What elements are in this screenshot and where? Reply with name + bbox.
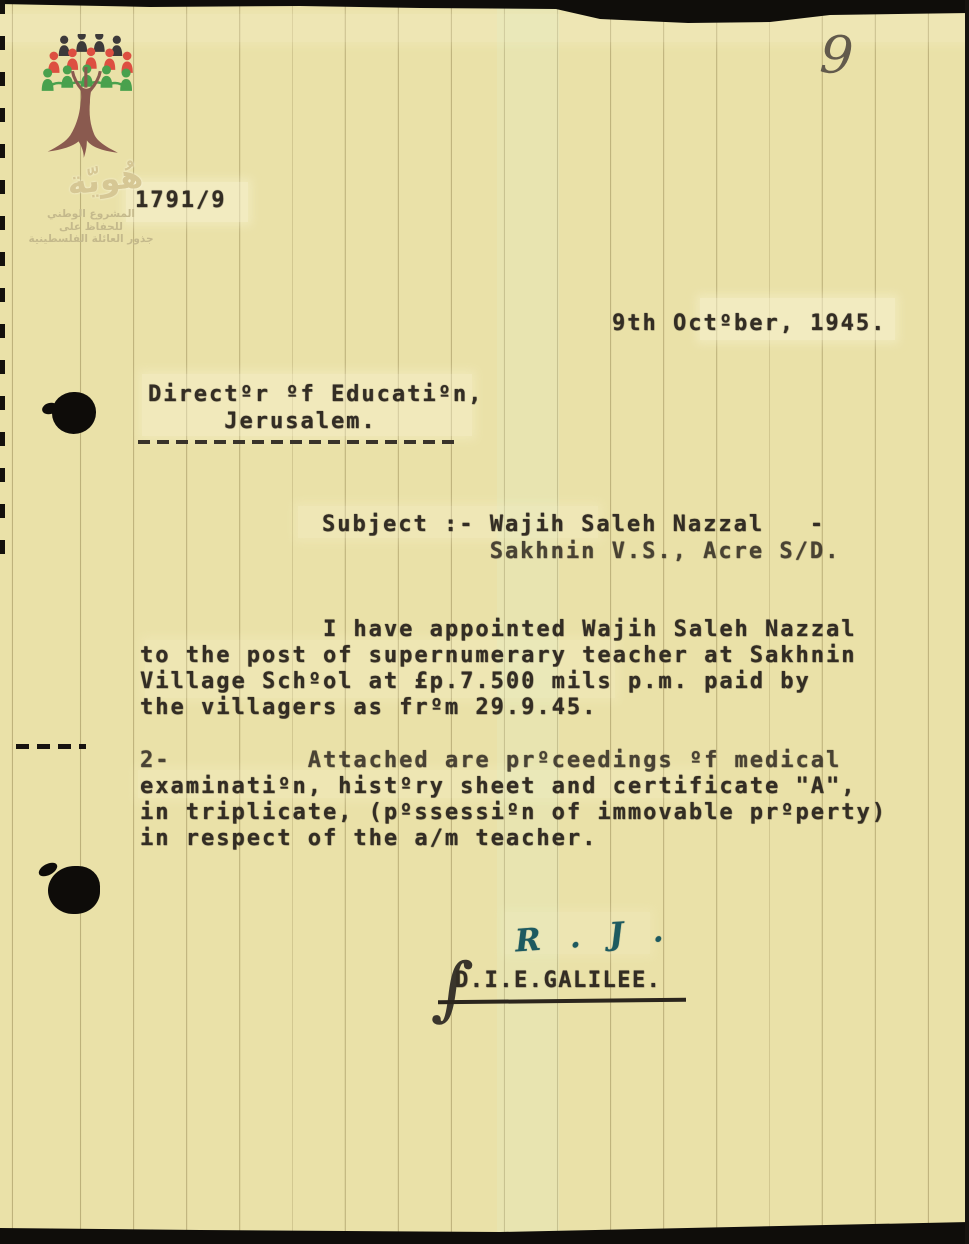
paper: هُويّة المشروع الوطني للحفاظ على جذور ال… (0, 0, 969, 1244)
addressee-line1: Directºr ºf Educatiºn, (148, 382, 483, 408)
letter-date: 9th Octºber, 1945. (612, 311, 886, 337)
handwritten-page-number: 9 (818, 25, 855, 87)
addressee-line2: Jerusalem. (148, 409, 377, 435)
reference-number: 1791/9 (135, 188, 226, 214)
signatory-underline (438, 998, 686, 1004)
scanned-letter-page: هُويّة المشروع الوطني للحفاظ على جذور ال… (0, 0, 969, 1244)
punch-hole-bottom (48, 866, 100, 914)
paragraph-2-line1: 2- Attached are prºceedings ºf medical (140, 748, 841, 774)
paragraph-2-line2: examinatiºn, histºry sheet and certifica… (140, 774, 857, 800)
scan-edge-left (0, 0, 5, 560)
paragraph-1-line2: to the post of supernumerary teacher at … (140, 643, 857, 669)
addressee-dashed-underline (138, 440, 456, 444)
logo-subtitle-line2: جذور العائلة الفلسطينية (28, 233, 154, 246)
paragraph-2-line3: in triplicate, (pºssessiºn of immovable … (140, 800, 887, 826)
paragraph-1-line1: I have appointed Wajih Saleh Nazzal (140, 617, 857, 643)
paragraph-2-line4: in respect of the a/m teacher. (140, 826, 597, 852)
margin-dash-mark (16, 744, 86, 749)
paragraph-1-line4: the villagers as frºm 29.9.45. (140, 695, 597, 721)
subject-line1: Subject :- Wajih Saleh Nazzal - (322, 512, 825, 538)
scan-edge-right (965, 0, 969, 1244)
family-tree-logo-icon (39, 34, 143, 162)
subject-line2: Sakhnin V.S., Acre S/D. (322, 539, 840, 565)
paragraph-1-line3: Village Schºol at £p.7.500 mils p.m. pai… (140, 669, 811, 695)
signatory-title: D.I.E.GALILEE. (455, 968, 661, 994)
punch-hole-top (52, 392, 96, 434)
